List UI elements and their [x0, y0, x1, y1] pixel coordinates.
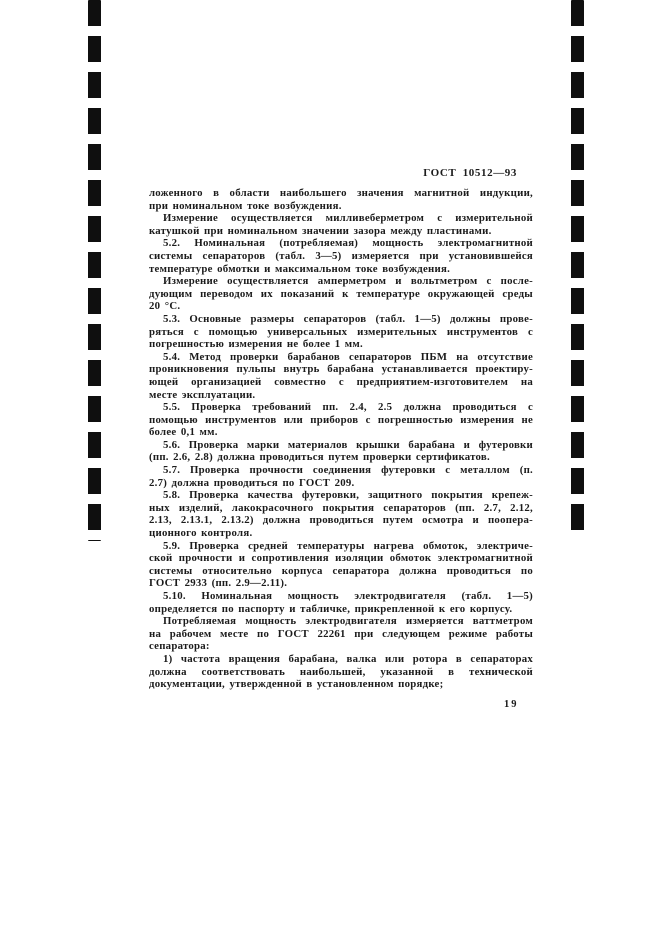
text-line: погрешностью измерения не более 1 мм.	[149, 338, 533, 351]
text-line: ской прочности и сопротивления изоляции …	[149, 552, 533, 565]
scan-registration-marks-right	[571, 0, 584, 537]
text-line: Измерение осуществляется милливеберметро…	[149, 212, 533, 225]
text-line: 5.9. Проверка средней температуры нагрев…	[149, 540, 533, 553]
text-line: определяется по паспорту и табличке, при…	[149, 603, 533, 616]
text-line: ющей организацией совместно с предприяти…	[149, 376, 533, 389]
text-line: должна соответствовать наибольшей, указа…	[149, 666, 533, 679]
text-line: системы сепараторов (табл. 3—5) измеряет…	[149, 250, 533, 263]
text-line: более 0,1 мм.	[149, 426, 533, 439]
text-line: 20 °С.	[149, 300, 533, 313]
page-number: 19	[504, 699, 519, 710]
document-code-header: ГОСТ 10512—93	[423, 167, 517, 179]
text-line: месте эксплуатации.	[149, 389, 533, 402]
text-line: 2.13, 2.13.1, 2.13.2) должна проводиться…	[149, 514, 533, 527]
text-line: документации, утвержденной в установленн…	[149, 678, 533, 691]
text-line: системы относительно корпуса сепаратора …	[149, 565, 533, 578]
text-line: (пп. 2.6, 2.8) должна проводиться путем …	[149, 451, 533, 464]
text-line: проникновения пульпы внутрь барабана уст…	[149, 363, 533, 376]
text-line: Измерение осуществляется амперметром и в…	[149, 275, 533, 288]
text-line: катушкой при номинальном значении зазора…	[149, 225, 533, 238]
scan-registration-marks-left	[88, 0, 101, 541]
text-line: 5.3. Основные размеры сепараторов (табл.…	[149, 313, 533, 326]
text-line: 5.5. Проверка требований пп. 2.4, 2.5 до…	[149, 401, 533, 414]
text-line: 2.7) должна проводиться по ГОСТ 209.	[149, 477, 533, 490]
text-line: Потребляемая мощность электродвигателя и…	[149, 615, 533, 628]
text-line: помощью инструментов или приборов с погр…	[149, 414, 533, 427]
text-line: 5.4. Метод проверки барабанов сепараторо…	[149, 351, 533, 364]
text-line: дующим переводом их показаний к температ…	[149, 288, 533, 301]
text-line: 5.6. Проверка марки материалов крышки ба…	[149, 439, 533, 452]
text-line: ных изделий, лакокрасочного покрытия сеп…	[149, 502, 533, 515]
text-line: на рабочем месте по ГОСТ 22261 при следу…	[149, 628, 533, 641]
text-line: температуре обмотки и максимальном токе …	[149, 263, 533, 276]
text-line: ГОСТ 2933 (пп. 2.9—2.11).	[149, 577, 533, 590]
text-line: 5.10. Номинальная мощность электродвигат…	[149, 590, 533, 603]
text-line: ционного контроля.	[149, 527, 533, 540]
text-line: 5.8. Проверка качества футеровки, защитн…	[149, 489, 533, 502]
text-line: 5.7. Проверка прочности соединения футер…	[149, 464, 533, 477]
text-line: ряться с помощью универсальных измерител…	[149, 326, 533, 339]
text-line: сепаратора:	[149, 640, 533, 653]
document-body: ложенного в области наибольшего значения…	[149, 187, 533, 691]
text-line: 5.2. Номинальная (потребляемая) мощность…	[149, 237, 533, 250]
text-line: 1) частота вращения барабана, валка или …	[149, 653, 533, 666]
scanned-document-page: ГОСТ 10512—93 ложенного в области наибол…	[0, 0, 661, 935]
text-line: при номинальном токе возбуждения.	[149, 200, 533, 213]
text-line: ложенного в области наибольшего значения…	[149, 187, 533, 200]
